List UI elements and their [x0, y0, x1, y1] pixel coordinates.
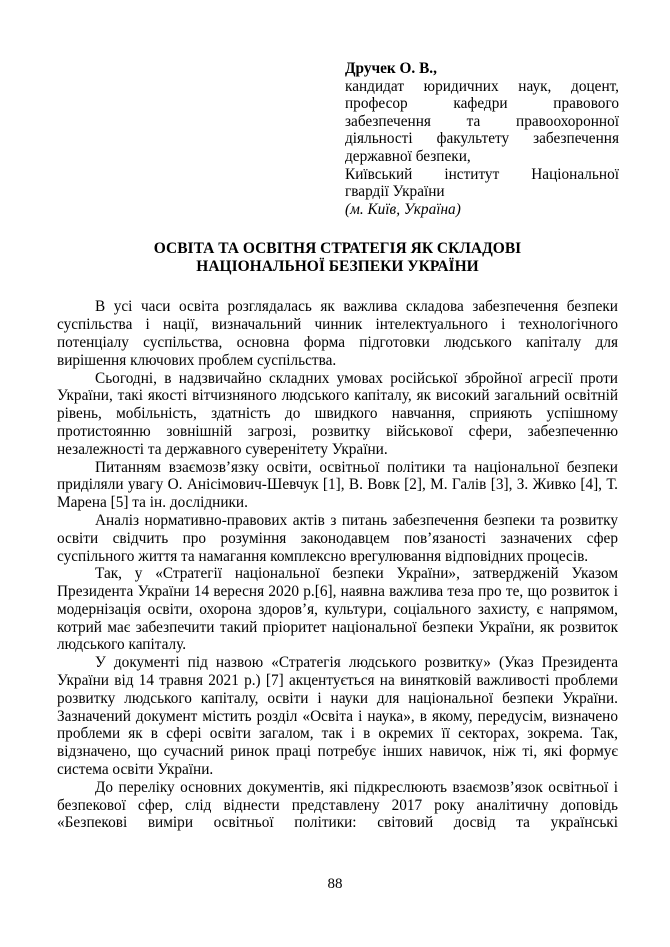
author-institution: Київський інститут Національної: [345, 166, 619, 184]
author-location: (м. Київ, Україна): [345, 201, 619, 219]
author-name: Дручек О. В.,: [345, 60, 619, 78]
paragraph-2: Сьогодні, в надзвичайно складних умовах …: [57, 370, 618, 459]
author-faculty-end: державної безпеки,: [345, 148, 619, 166]
paragraph-7: До переліку основних документів, які під…: [57, 779, 618, 832]
paragraph-1: В усі часи освіта розглядалась як важлив…: [57, 298, 618, 369]
author-position: професор кафедри правового: [345, 95, 619, 113]
article-body: В усі часи освіта розглядалась як важлив…: [57, 298, 618, 832]
author-block: Дручек О. В., кандидат юридичних наук, д…: [345, 60, 619, 218]
author-credentials: кандидат юридичних наук, доцент,: [345, 78, 619, 96]
paragraph-5: Так, у «Стратегії національної безпеки У…: [57, 565, 618, 654]
paragraph-4: Аналіз нормативно-правових актів з питан…: [57, 512, 618, 565]
paragraph-6: У документі під назвою «Стратегія людськ…: [57, 654, 618, 779]
article-title: ОСВІТА ТА ОСВІТНЯ СТРАТЕГІЯ ЯК СКЛАДОВІ …: [99, 240, 577, 276]
author-institution-end: гвардії України: [345, 183, 619, 201]
paragraph-3: Питанням взаємозв’язку освіти, освітньої…: [57, 459, 618, 512]
author-faculty: діяльності факультету забезпечення: [345, 130, 619, 148]
page-number: 88: [0, 876, 670, 893]
document-page: Дручек О. В., кандидат юридичних наук, д…: [0, 0, 670, 947]
author-department: забезпечення та правоохоронної: [345, 113, 619, 131]
